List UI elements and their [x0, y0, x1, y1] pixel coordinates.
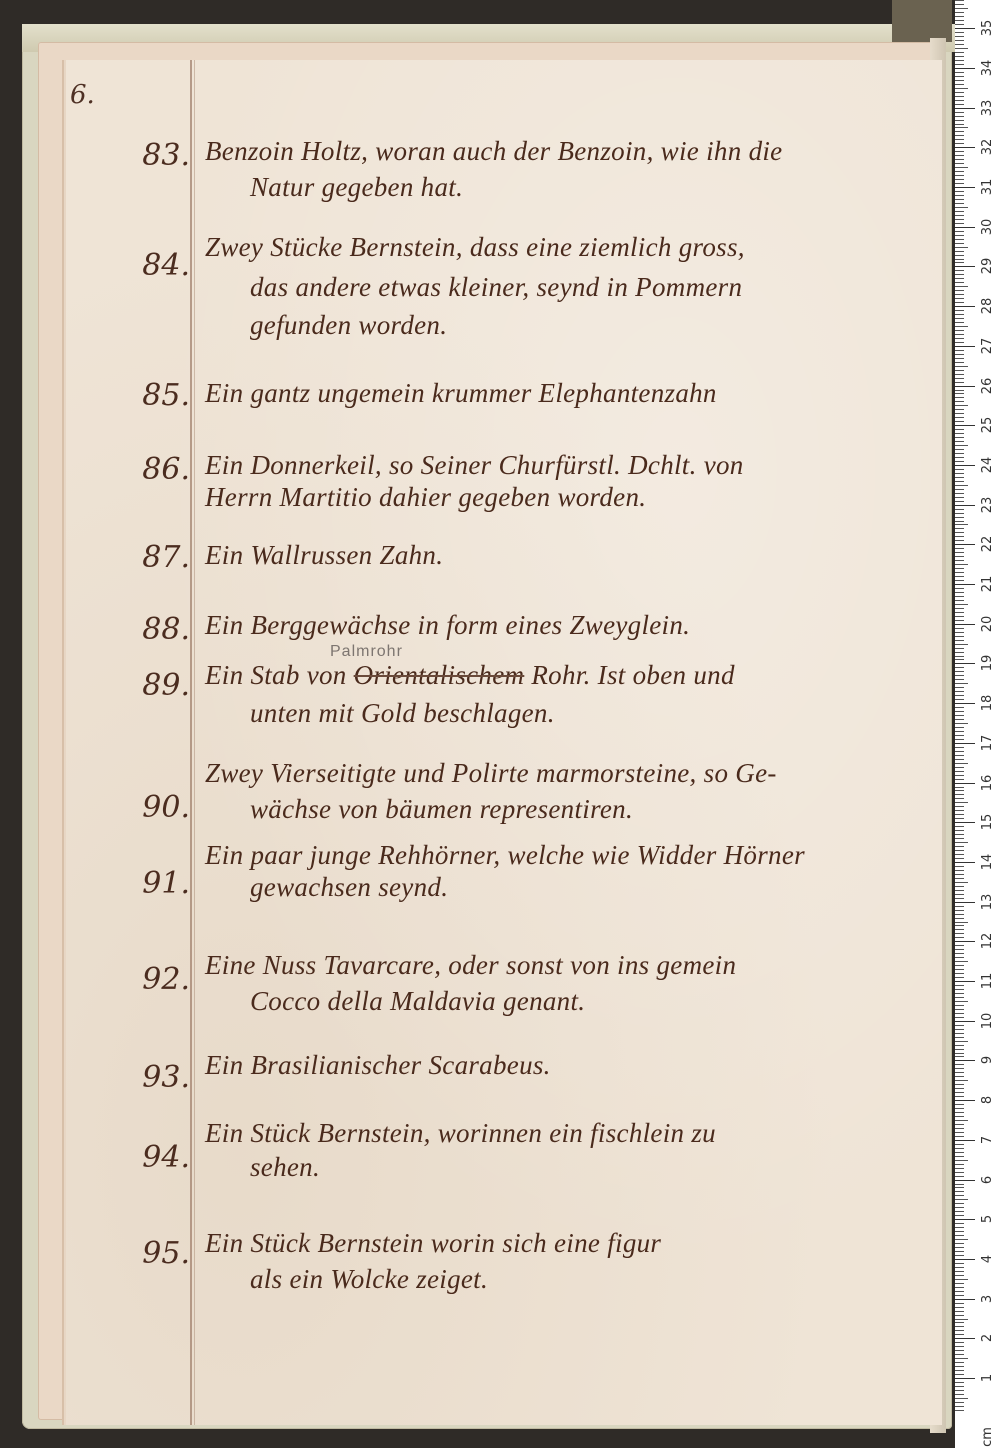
ruler-tick — [955, 628, 964, 629]
ruler-tick — [955, 1370, 964, 1371]
ruler-tick — [955, 32, 964, 33]
ruler-tick — [955, 223, 964, 224]
ruler-cm-label: 9 — [977, 1049, 999, 1071]
ruler-tick — [955, 386, 975, 387]
ruler-cm-label: 30 — [977, 216, 999, 238]
ruler-tick — [955, 1215, 964, 1216]
ruler-tick — [955, 1041, 968, 1042]
ruler-tick — [955, 346, 975, 347]
ruler-tick — [955, 794, 964, 795]
margin-rule-line — [190, 60, 192, 1425]
ruler-tick — [955, 1092, 964, 1093]
ruler-tick — [955, 191, 964, 192]
ruler-tick — [955, 949, 964, 950]
ruler-tick — [955, 175, 964, 176]
entry-text-line: Herrn Martitio dahier gegeben worden. — [205, 482, 940, 513]
ruler-cm-label: 32 — [977, 136, 999, 158]
ruler-tick — [955, 846, 964, 847]
entry-text-line: als ein Wolcke zeiget. — [250, 1264, 940, 1295]
ruler-tick — [955, 127, 968, 128]
ruler-tick — [955, 112, 964, 113]
ruler-tick — [955, 465, 975, 466]
ruler-tick — [955, 243, 964, 244]
ruler-tick — [955, 131, 964, 132]
ruler-tick — [955, 116, 964, 117]
ruler-tick — [955, 810, 964, 811]
entry-text-line: Benzoin Holtz, woran auch der Benzoin, w… — [205, 136, 940, 167]
ruler-tick — [955, 862, 975, 863]
ruler-tick — [955, 592, 964, 593]
ruler-tick — [955, 695, 964, 696]
ruler-tick — [955, 953, 964, 954]
ruler-tick — [955, 1251, 964, 1252]
ruler-tick — [955, 1176, 964, 1177]
ruler-tick — [955, 437, 964, 438]
ruler-cm-label: 3 — [977, 1288, 999, 1310]
ruler-tick — [955, 92, 964, 93]
ruler-tick — [955, 171, 964, 172]
ruler-tick — [955, 1053, 964, 1054]
ruler-tick — [955, 826, 964, 827]
ruler-tick — [955, 382, 964, 383]
ruler-tick — [955, 874, 964, 875]
ruler-tick — [955, 8, 968, 9]
ruler-tick — [955, 922, 968, 923]
ruler-tick — [955, 163, 964, 164]
ruler-tick — [955, 802, 968, 803]
ruler-tick — [955, 703, 975, 704]
ruler-tick — [955, 854, 964, 855]
ruler-cm-label: 4 — [977, 1248, 999, 1270]
ruler-tick — [955, 1084, 964, 1085]
ruler-tick — [955, 1382, 964, 1383]
ruler-tick — [955, 20, 964, 21]
ruler-tick — [955, 1346, 964, 1347]
entry-text-line: sehen. — [250, 1152, 940, 1183]
ruler-tick — [955, 393, 964, 394]
ruler-cm-label: 17 — [977, 732, 999, 754]
ruler-tick — [955, 918, 964, 919]
ruler-tick — [955, 1394, 964, 1395]
ruler-tick — [955, 902, 975, 903]
ruler-tick — [955, 1311, 964, 1312]
ruler-tick — [955, 929, 964, 930]
ruler-tick — [955, 890, 964, 891]
margin-rule-line-secondary — [194, 60, 195, 1425]
ruler-tick — [955, 262, 964, 263]
ruler-tick — [955, 179, 964, 180]
ruler-tick — [955, 588, 964, 589]
ruler-tick — [955, 1247, 964, 1248]
ruler-tick — [955, 933, 964, 934]
ruler-tick — [955, 48, 968, 49]
ruler-tick — [955, 1362, 964, 1363]
ruler-tick — [955, 1025, 964, 1026]
ruler-tick — [955, 532, 964, 533]
ruler-tick — [955, 509, 964, 510]
ruler-cm-label: 24 — [977, 454, 999, 476]
ruler-tick — [955, 378, 964, 379]
entry-text-line: gefunden worden. — [250, 310, 940, 341]
ruler-tick — [955, 894, 964, 895]
ruler-tick — [955, 80, 964, 81]
ruler-tick — [955, 620, 964, 621]
ruler-tick — [955, 1056, 964, 1057]
ruler-cm-label: 27 — [977, 335, 999, 357]
ruler-tick — [955, 1315, 964, 1316]
ruler-tick — [955, 1160, 968, 1161]
ruler-tick — [955, 517, 964, 518]
ruler-tick — [955, 683, 968, 684]
ruler-tick — [955, 362, 964, 363]
ruler-tick — [955, 501, 964, 502]
ruler-tick — [955, 1184, 964, 1185]
ruler-tick — [955, 187, 975, 188]
ruler-tick — [955, 1223, 964, 1224]
measurement-ruler: cm 1234567891011121314151617181920212223… — [955, 0, 1000, 1448]
ruler-tick — [955, 417, 964, 418]
ruler-tick — [955, 159, 964, 160]
ruler-tick — [955, 1398, 968, 1399]
ruler-tick — [955, 1021, 975, 1022]
ruler-tick — [955, 1342, 964, 1343]
entry-number: 93. — [130, 1060, 190, 1095]
ruler-tick — [955, 469, 964, 470]
ruler-tick — [955, 1402, 964, 1403]
ruler-tick — [955, 524, 968, 525]
ruler-tick — [955, 699, 964, 700]
ruler-tick — [955, 687, 964, 688]
ruler-tick — [955, 290, 964, 291]
ruler-tick — [955, 616, 964, 617]
ruler-tick — [955, 993, 964, 994]
ruler-tick — [955, 1263, 964, 1264]
ruler-tick — [955, 24, 964, 25]
ruler-tick — [955, 1291, 964, 1292]
entry-text-line: das andere etwas kleiner, seynd in Pomme… — [250, 272, 940, 303]
ruler-tick — [955, 1227, 964, 1228]
ruler-tick — [955, 211, 964, 212]
ruler-tick — [955, 390, 964, 391]
ruler-tick — [955, 1374, 964, 1375]
ruler-tick — [955, 1148, 964, 1149]
ruler-tick — [955, 568, 964, 569]
entry-text-line: Eine Nuss Tavarcare, oder sonst von ins … — [205, 950, 940, 981]
ruler-tick — [955, 330, 964, 331]
ruler-tick — [955, 481, 964, 482]
ruler-tick — [955, 72, 964, 73]
ruler-tick — [955, 1037, 964, 1038]
entry-text-line: Ein Wallrussen Zahn. — [205, 540, 940, 571]
ruler-tick — [955, 731, 964, 732]
ruler-tick — [955, 759, 964, 760]
ruler-tick — [955, 1108, 964, 1109]
ruler-tick — [955, 969, 964, 970]
ruler-tick — [955, 274, 964, 275]
ruler-tick — [955, 739, 964, 740]
ruler-tick — [955, 1152, 964, 1153]
ruler-tick — [955, 155, 964, 156]
ruler-cm-label: 33 — [977, 97, 999, 119]
ruler-tick — [955, 743, 975, 744]
ruler-tick — [955, 858, 964, 859]
ruler-tick — [955, 100, 964, 101]
ruler-tick — [955, 485, 968, 486]
ruler-tick — [955, 139, 964, 140]
ruler-tick — [955, 231, 964, 232]
entry-number: 87. — [130, 540, 190, 575]
ruler-tick — [955, 334, 964, 335]
ruler-tick — [955, 767, 964, 768]
ruler-tick — [955, 1406, 964, 1407]
ruler-tick — [955, 1299, 975, 1300]
entry-text-line: Ein Brasilianischer Scarabeus. — [205, 1050, 940, 1081]
ruler-tick — [955, 1164, 964, 1165]
ruler-tick — [955, 1072, 964, 1073]
ruler-tick — [955, 866, 964, 867]
ruler-tick — [955, 652, 964, 653]
ruler-tick — [955, 806, 964, 807]
ruler-tick — [955, 544, 975, 545]
entry-number: 84. — [130, 248, 190, 283]
ruler-tick — [955, 56, 964, 57]
ruler-tick — [955, 247, 968, 248]
ruler-tick — [955, 985, 964, 986]
ruler-tick — [955, 584, 975, 585]
ruler-tick — [955, 449, 964, 450]
ruler-cm-label: 11 — [977, 970, 999, 992]
ruler-tick — [955, 1307, 964, 1308]
ruler-tick — [955, 659, 964, 660]
ruler-tick — [955, 1319, 968, 1320]
ruler-tick — [955, 342, 964, 343]
ruler-tick — [955, 1366, 964, 1367]
ruler-tick — [955, 779, 964, 780]
ruler-cm-label: 6 — [977, 1169, 999, 1191]
ruler-tick — [955, 707, 964, 708]
ruler-tick — [955, 632, 964, 633]
ruler-tick — [955, 1060, 975, 1061]
ruler-tick — [955, 679, 964, 680]
entry-text-line: Natur gegeben hat. — [250, 172, 940, 203]
ruler-tick — [955, 612, 964, 613]
ruler-tick — [955, 528, 964, 529]
ruler-tick — [955, 215, 964, 216]
ruler-tick — [955, 1211, 964, 1212]
ruler-cm-label: 2 — [977, 1327, 999, 1349]
ruler-cm-label: 5 — [977, 1208, 999, 1230]
ruler-tick — [955, 564, 968, 565]
ruler-tick — [955, 521, 964, 522]
entry-text-line: Ein gantz ungemein krummer Elephantenzah… — [205, 378, 940, 409]
ruler-tick — [955, 1243, 964, 1244]
entry-number: 95. — [130, 1236, 190, 1271]
ruler-tick — [955, 1156, 964, 1157]
ruler-tick — [955, 576, 964, 577]
ruler-tick — [955, 719, 964, 720]
ruler-tick — [955, 898, 964, 899]
ruler-tick — [955, 96, 964, 97]
ruler-tick — [955, 1009, 964, 1010]
ruler-tick — [955, 84, 964, 85]
ruler-tick — [955, 1172, 964, 1173]
ruler-tick — [955, 52, 964, 53]
ruler-tick — [955, 814, 964, 815]
ruler-tick — [955, 755, 964, 756]
ruler-tick — [955, 771, 964, 772]
ruler-cm-label: 25 — [977, 414, 999, 436]
ruler-cm-label: 10 — [977, 1010, 999, 1032]
ruler-tick — [955, 1271, 964, 1272]
ruler-cm-label: 8 — [977, 1089, 999, 1111]
ruler-tick — [955, 910, 964, 911]
ruler-tick — [955, 1259, 975, 1260]
ruler-tick — [955, 723, 968, 724]
ruler-tick — [955, 493, 964, 494]
ruler-tick — [955, 1029, 964, 1030]
ruler-cm-label: 16 — [977, 772, 999, 794]
ruler-tick — [955, 1279, 968, 1280]
ruler-tick — [955, 326, 968, 327]
binding-corner — [892, 0, 952, 42]
ruler-tick — [955, 203, 964, 204]
ruler-tick — [955, 28, 975, 29]
ruler-tick — [955, 834, 964, 835]
ruler-tick — [955, 667, 964, 668]
ruler-tick — [955, 870, 964, 871]
ruler-tick — [955, 1068, 964, 1069]
ruler-tick — [955, 239, 964, 240]
ruler-tick — [955, 556, 964, 557]
entry-number: 86. — [130, 452, 190, 487]
ruler-tick — [955, 445, 968, 446]
ruler-tick — [955, 1295, 964, 1296]
ruler-tick — [955, 536, 964, 537]
ruler-cm-label: 14 — [977, 851, 999, 873]
ruler-tick — [955, 306, 975, 307]
ruler-tick — [955, 16, 964, 17]
ruler-tick — [955, 282, 964, 283]
entry-text-line: Zwey Stücke Bernstein, dass eine ziemlic… — [205, 232, 940, 263]
ruler-tick — [955, 60, 964, 61]
ruler-tick — [955, 195, 964, 196]
ruler-tick — [955, 783, 975, 784]
entry-text-line: Zwey Vierseitigte und Polirte marmorstei… — [205, 758, 940, 789]
ruler-tick — [955, 906, 964, 907]
ruler-tick — [955, 338, 964, 339]
entry-text-line: Ein Stab von Orientalischem Rohr. Ist ob… — [205, 660, 940, 691]
ruler-tick — [955, 88, 968, 89]
ruler-tick — [955, 886, 964, 887]
ruler-tick — [955, 715, 964, 716]
ruler-tick — [955, 644, 968, 645]
ruler-tick — [955, 775, 964, 776]
ruler-tick — [955, 294, 964, 295]
ruler-tick — [955, 1033, 964, 1034]
ruler-tick — [955, 270, 964, 271]
ruler-tick — [955, 68, 975, 69]
ruler-tick — [955, 1116, 964, 1117]
ruler-tick — [955, 636, 964, 637]
entry-number: 94. — [130, 1140, 190, 1175]
ruler-tick — [955, 1049, 964, 1050]
ruler-tick — [955, 425, 975, 426]
ruler-tick — [955, 1283, 964, 1284]
ruler-cm-label: 29 — [977, 255, 999, 277]
ruler-cm-label: 23 — [977, 494, 999, 516]
ruler-tick — [955, 552, 964, 553]
ruler-tick — [955, 1096, 964, 1097]
ruler-tick — [955, 227, 975, 228]
ruler-tick — [955, 937, 964, 938]
ruler-cm-label: 28 — [977, 295, 999, 317]
ruler-tick — [955, 120, 964, 121]
ruler-tick — [955, 656, 964, 657]
entry-number: 91. — [130, 866, 190, 901]
ruler-tick — [955, 1112, 964, 1113]
ruler-tick — [955, 1330, 964, 1331]
ruler-cm-label: 7 — [977, 1129, 999, 1151]
ruler-tick — [955, 513, 964, 514]
page-number: 6. — [70, 80, 95, 110]
ruler-tick — [955, 691, 964, 692]
entry-text-line: Cocco della Maldavia genant. — [250, 986, 940, 1017]
ruler-tick — [955, 453, 964, 454]
ruler-tick — [955, 798, 964, 799]
ruler-tick — [955, 219, 964, 220]
ruler-tick — [955, 76, 964, 77]
ruler-tick — [955, 199, 964, 200]
ruler-tick — [955, 1064, 964, 1065]
ruler-tick — [955, 0, 964, 1]
entry-text-line: Ein Stück Bernstein worin sich eine figu… — [205, 1228, 940, 1259]
ruler-unit-label: cm — [977, 1426, 999, 1448]
ruler-tick — [955, 671, 964, 672]
entry-number: 88. — [130, 612, 190, 647]
ruler-tick — [955, 1120, 968, 1121]
ruler-tick — [955, 596, 964, 597]
ruler-tick — [955, 747, 964, 748]
ruler-tick — [955, 1187, 964, 1188]
ruler-tick — [955, 354, 964, 355]
ruler-tick — [955, 838, 964, 839]
ruler-tick — [955, 374, 964, 375]
ruler-tick — [955, 663, 975, 664]
ruler-tick — [955, 977, 964, 978]
ruler-tick — [955, 1334, 964, 1335]
ruler-tick — [955, 1267, 964, 1268]
ruler-cm-label: 18 — [977, 692, 999, 714]
ruler-tick — [955, 1390, 964, 1391]
entry-text-line: wächse von bäumen representiren. — [250, 794, 940, 825]
ruler-tick — [955, 997, 964, 998]
ruler-tick — [955, 1191, 964, 1192]
ruler-tick — [955, 397, 964, 398]
ruler-cm-label: 31 — [977, 176, 999, 198]
ruler-tick — [955, 151, 964, 152]
ruler-tick — [955, 314, 964, 315]
ruler-tick — [955, 1001, 968, 1002]
ruler-tick — [955, 763, 968, 764]
ruler-tick — [955, 477, 964, 478]
ruler-tick — [955, 1013, 964, 1014]
ruler-tick — [955, 624, 975, 625]
ruler-tick — [955, 961, 968, 962]
ruler-tick — [955, 1017, 964, 1018]
ruler-tick — [955, 1354, 964, 1355]
entry-text-line: Ein Donnerkeil, so Seiner Churfürstl. Dc… — [205, 450, 940, 481]
ruler-tick — [955, 235, 964, 236]
